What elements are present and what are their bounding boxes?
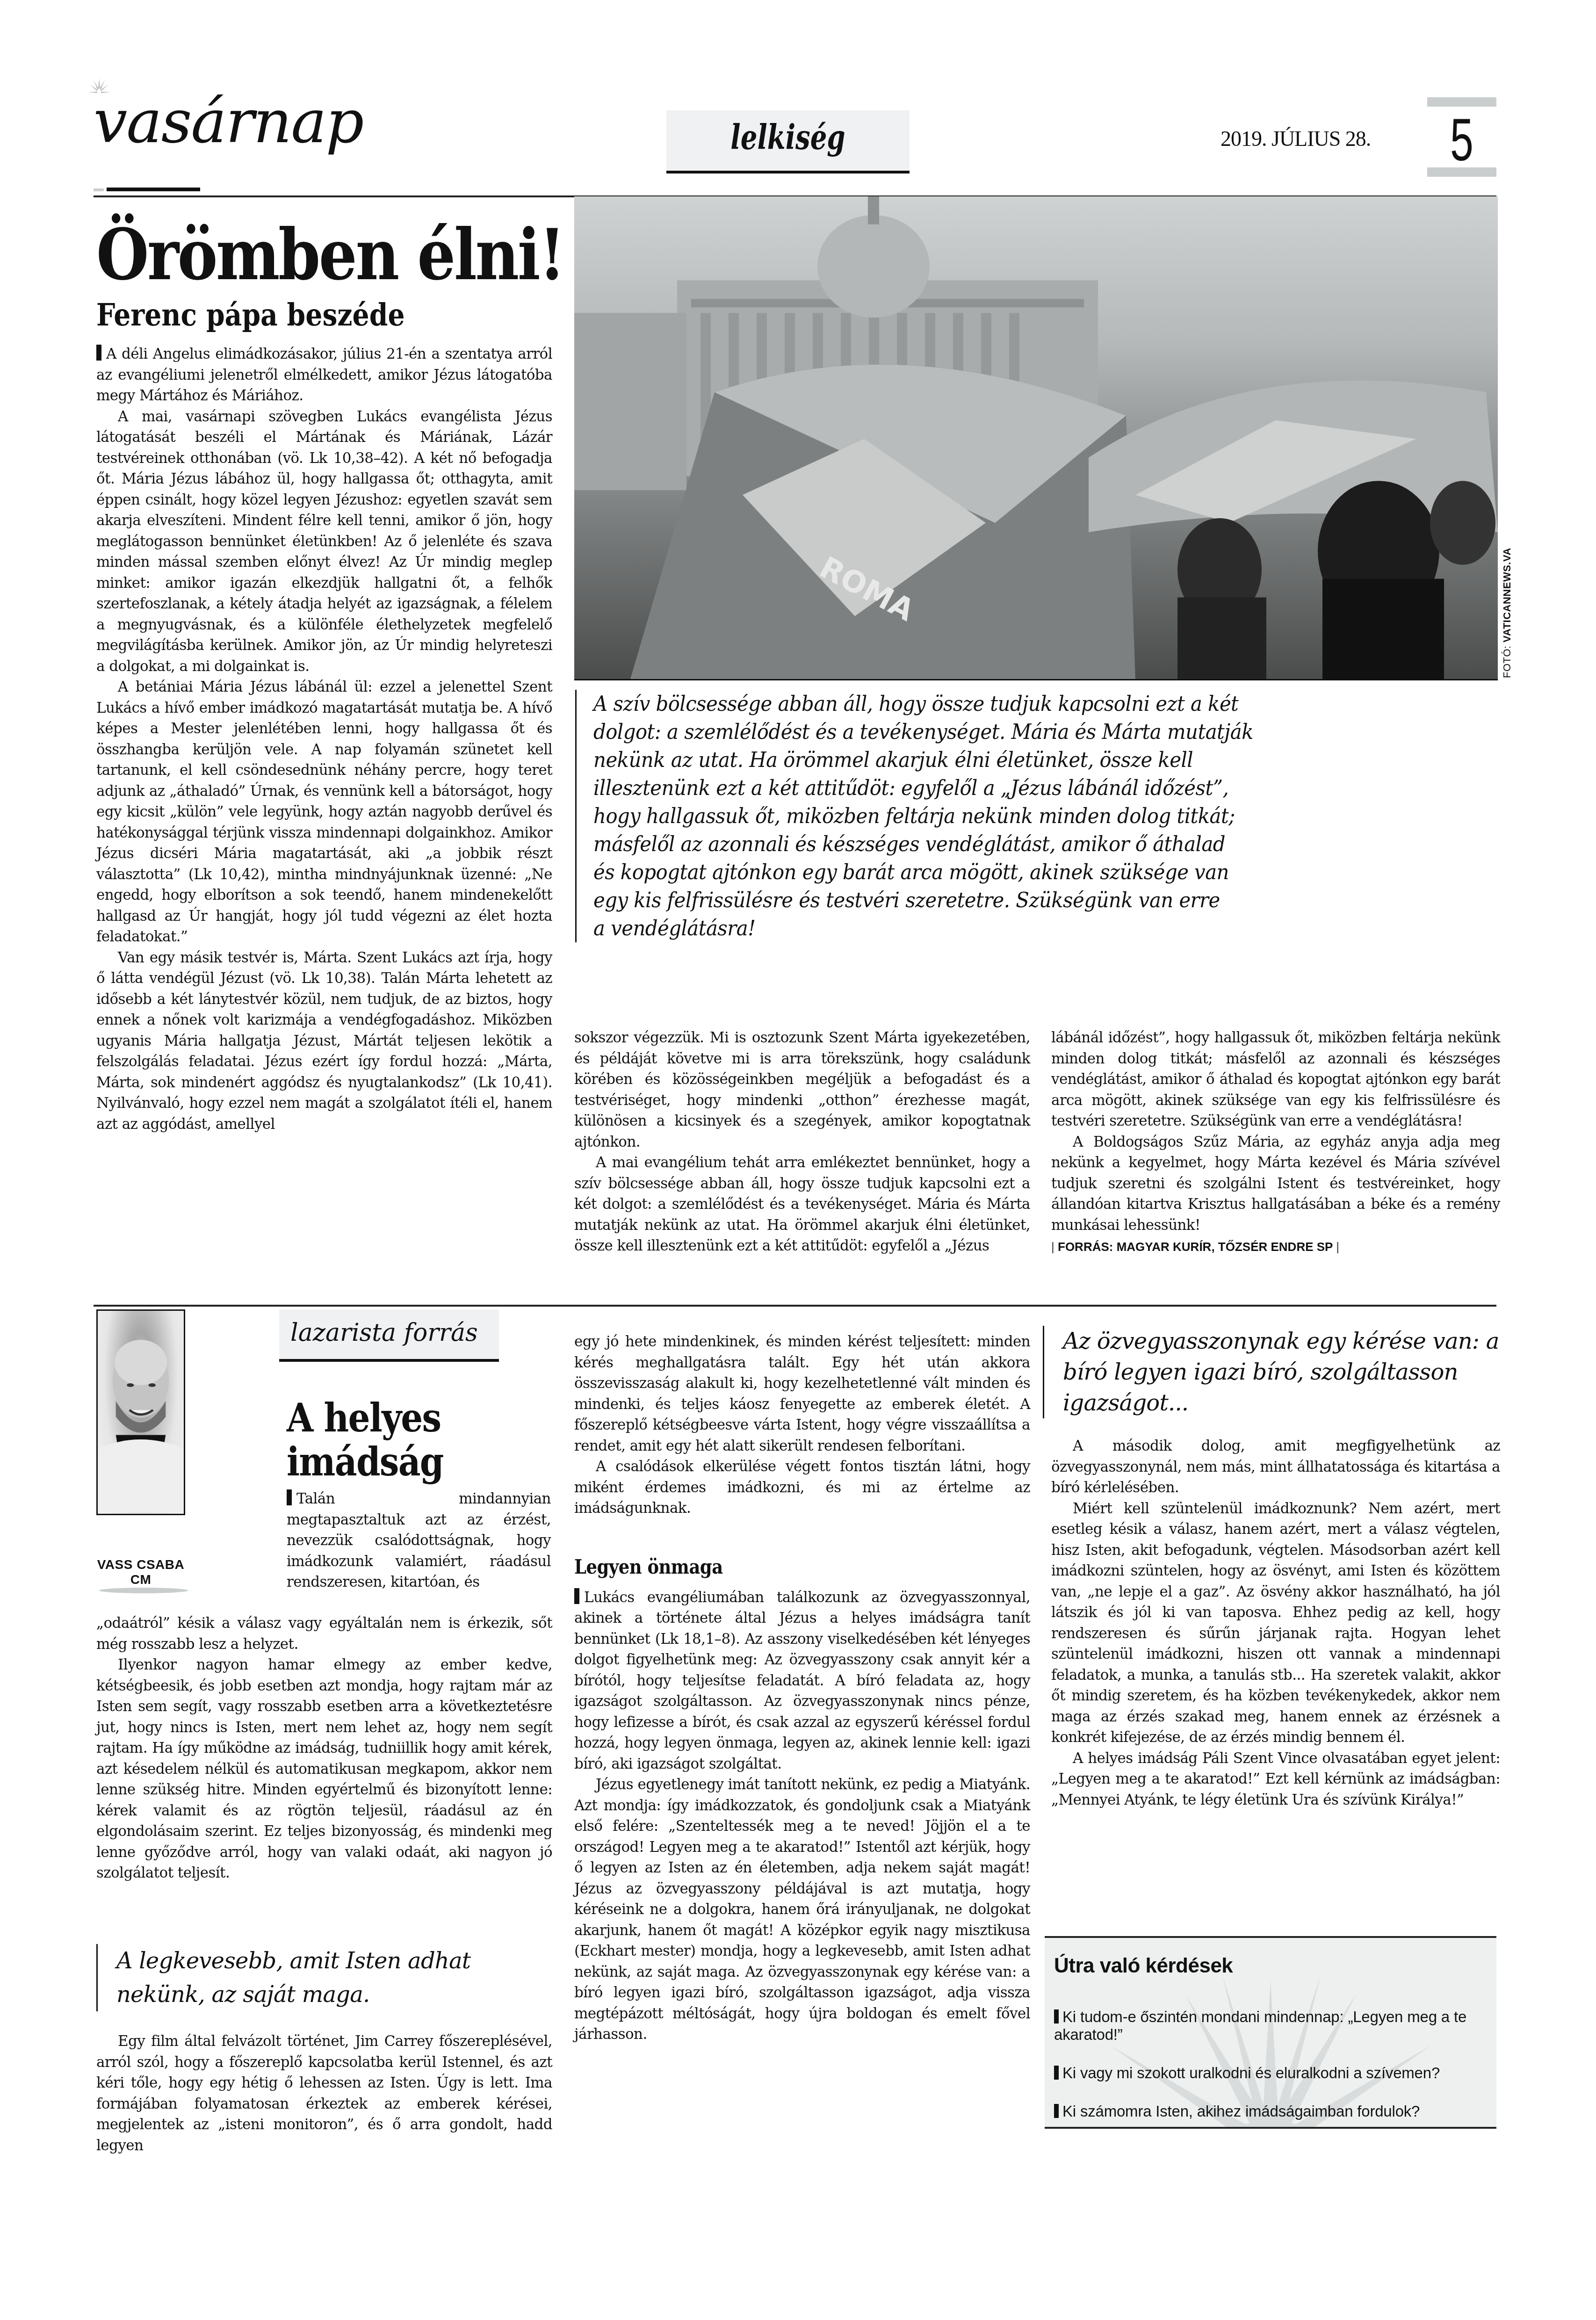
author-portrait [96,1309,185,1515]
question-item: Ki tudom-e őszintén mondani mindennap: „… [1054,2008,1484,2044]
lead-paragraph: A déli Angelus elimádkozásakor, július 2… [96,344,552,406]
article-column-3: lábánál időzést”, hogy hallgassuk őt, mi… [1051,1027,1500,1258]
article-column-1: A déli Angelus elimádkozásakor, július 2… [96,344,552,1135]
paragraph: egy jó hete mindenkinek, és minden kérés… [574,1331,1030,1456]
umbrellas-photo-illustration: ROMA [574,196,1498,679]
paragraph: sokszor végezzük. Mi is osztozunk Szent … [574,1027,1030,1152]
lead-marker-icon [287,1489,292,1505]
subheadline: Ferenc pápa beszéde [96,299,405,330]
page-number-box: 5 [1427,97,1496,177]
column-article-col2: egy jó hete mindenkinek, és minden kérés… [574,1331,1030,2045]
photo-credit: FOTÓ: VATICANNEWS.VA [1501,548,1513,678]
page-number: 5 [1437,110,1486,170]
paragraph: Jézus egyetlenegy imát tanított nekünk, … [574,1774,1030,2045]
column-name: lazarista forrás [290,1321,478,1345]
page-bar-top [1427,97,1496,107]
bullet-marker-icon [1054,2104,1059,2118]
paragraph: Miért kell szüntelenül imádkoznunk? Nem … [1051,1498,1500,1748]
column-article-title: A helyes imádság [287,1396,443,1484]
lead-paragraph: Lukács evangéliumában találkozunk az özv… [574,1587,1030,1775]
lead-marker-icon [574,1588,579,1604]
logo-text: vasárnap [94,92,363,152]
questions-title: Útra való kérdések [1054,1956,1233,1976]
bullet-marker-icon [1054,2066,1059,2080]
paragraph: A betániai Mária Jézus lábánál ül: ezzel… [96,677,552,947]
pull-quote-right: Az özvegyasszonynak egy kérése van: a bí… [1043,1326,1501,1418]
questions-list: Ki tudom-e őszintén mondani mindennap: „… [1054,2008,1484,2129]
section-tab: lelkiség [666,110,910,173]
author-name-underline [99,1588,188,1593]
logo-underline [107,188,200,191]
question-item: Ki vagy mi szokott uralkodni és eluralko… [1054,2064,1484,2082]
inline-subhead: Legyen önmaga [574,1557,975,1577]
lead-paragraph: Talán mindannyian megtapasztaltuk azt az… [287,1489,551,1593]
column-tab: lazarista forrás [279,1309,499,1362]
section-divider [94,1305,1496,1307]
column-article-col3: A második dolog, amit megfigyelhetünk az… [1051,1436,1500,1810]
paragraph: A mai evangélium tehát arra emlékeztet b… [574,1152,1030,1257]
bullet-marker-icon [1054,2009,1059,2024]
page-bar-bottom [1427,167,1496,177]
paragraph: A helyes imádság Páli Szent Vince olvasa… [1051,1748,1500,1811]
paragraph: A mai, vasárnapi szövegben Lukács evangé… [96,406,552,677]
paragraph: „odaátról” késik a válasz vagy egyáltalá… [96,1613,552,1655]
paragraph: A csalódások elkerülése végett fontos ti… [574,1456,1030,1519]
pull-quote-left: A legkevesebb, amit Isten adhat nekünk, … [96,1944,552,2011]
author-name: VASS CSABA CM [96,1557,185,1587]
column-article-intro: Talán mindannyian megtapasztaltuk azt az… [287,1489,551,1593]
logo-underline-grey [94,188,104,191]
issue-date: 2019. JÚLIUS 28. [1220,126,1371,151]
paragraph: A második dolog, amit megfigyelhetünk az… [1051,1436,1500,1498]
column-article-col1: „odaátról” késik a válasz vagy egyáltalá… [96,1613,552,1884]
questions-box: Útra való kérdések Ki tudom-e őszintén m… [1045,1936,1496,2129]
portrait-illustration [98,1311,184,1514]
lead-marker-icon [96,345,101,361]
headline: Örömben élni! [96,220,564,290]
article-source: | FORRÁS: MAGYAR KURÍR, TŐZSÉR ENDRE SP … [1051,1236,1500,1258]
masthead-logo: vasárnap [94,96,346,147]
paragraph: A Boldogságos Szűz Mária, az egyház anyj… [1051,1132,1500,1236]
paragraph: Egy film által felvázolt történet, Jim C… [96,2031,552,2156]
column-article-col1-end: Egy film által felvázolt történet, Jim C… [96,2031,552,2156]
question-item: Ki számomra Isten, akihez imádságaimban … [1054,2103,1484,2120]
paragraph: lábánál időzést”, hogy hallgassuk őt, mi… [1051,1027,1500,1132]
article-column-2: sokszor végezzük. Mi is osztozunk Szent … [574,1027,1030,1257]
paragraph: Van egy másik testvér is, Márta. Szent L… [96,947,552,1135]
section-label: lelkiség [693,121,883,154]
pull-quote: A szív bölcsessége abban áll, hogy össze… [575,690,1492,942]
paragraph: Ilyenkor nagyon hamar elmegy az ember ke… [96,1655,552,1884]
article-photo: ROMA [574,196,1498,680]
